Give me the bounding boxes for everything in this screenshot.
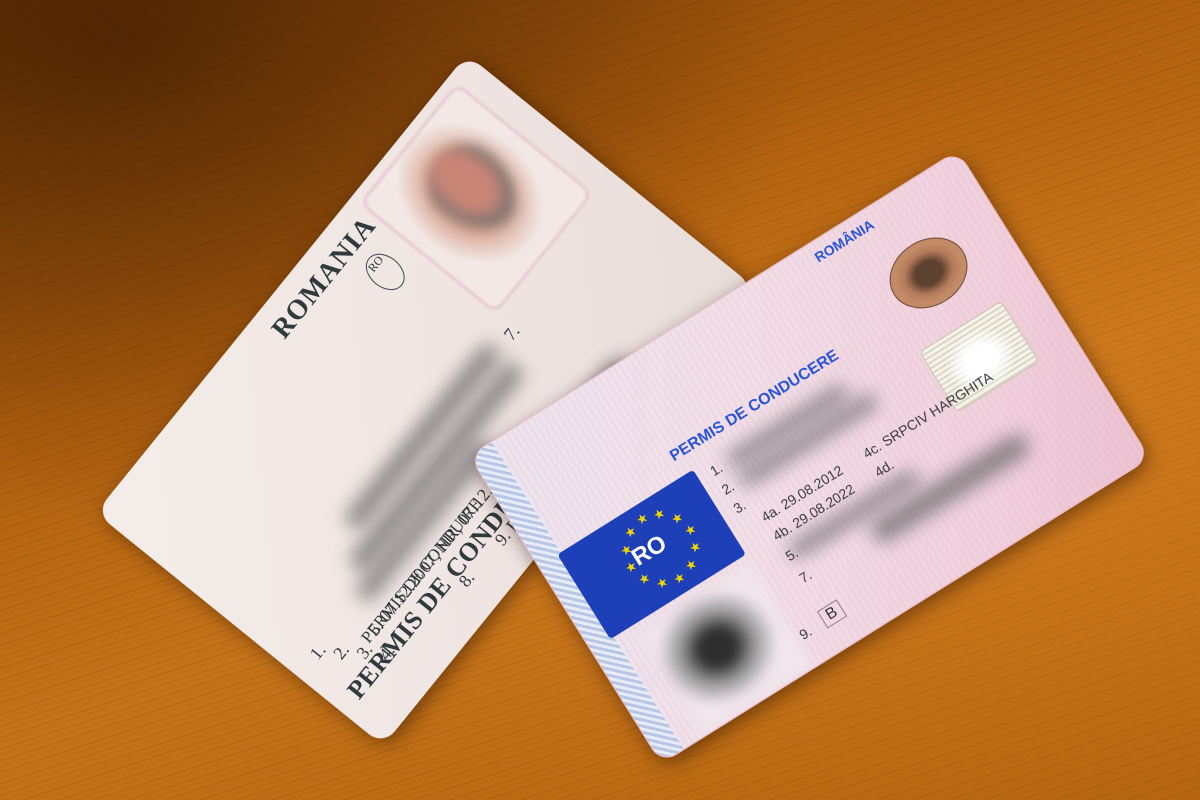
new-card-field-9: 9. (796, 623, 814, 643)
new-card-field-4d: 4d. (872, 456, 897, 480)
new-card-country: ROMÂNIA (812, 216, 877, 265)
new-card-field-7: 7. (796, 566, 814, 586)
new-card-field-1: 1. (707, 459, 725, 479)
old-card-field-7: 7. (500, 321, 525, 345)
ghost-image (876, 223, 981, 322)
hologram (919, 301, 1039, 413)
old-card-field-1: 1. (306, 640, 331, 664)
photo-scene: ROMANIA RO PERMIS DE CONDUCERE PERMIS DE… (0, 0, 1200, 800)
new-card-field-2: 2. (719, 478, 737, 498)
new-card-field-3: 3. (730, 497, 748, 517)
new-card-field-4c: 4c. SRPCIV HARGHITA (860, 369, 996, 462)
old-card-field-2: 2. (329, 640, 354, 664)
new-card-category-box: B (817, 599, 847, 628)
